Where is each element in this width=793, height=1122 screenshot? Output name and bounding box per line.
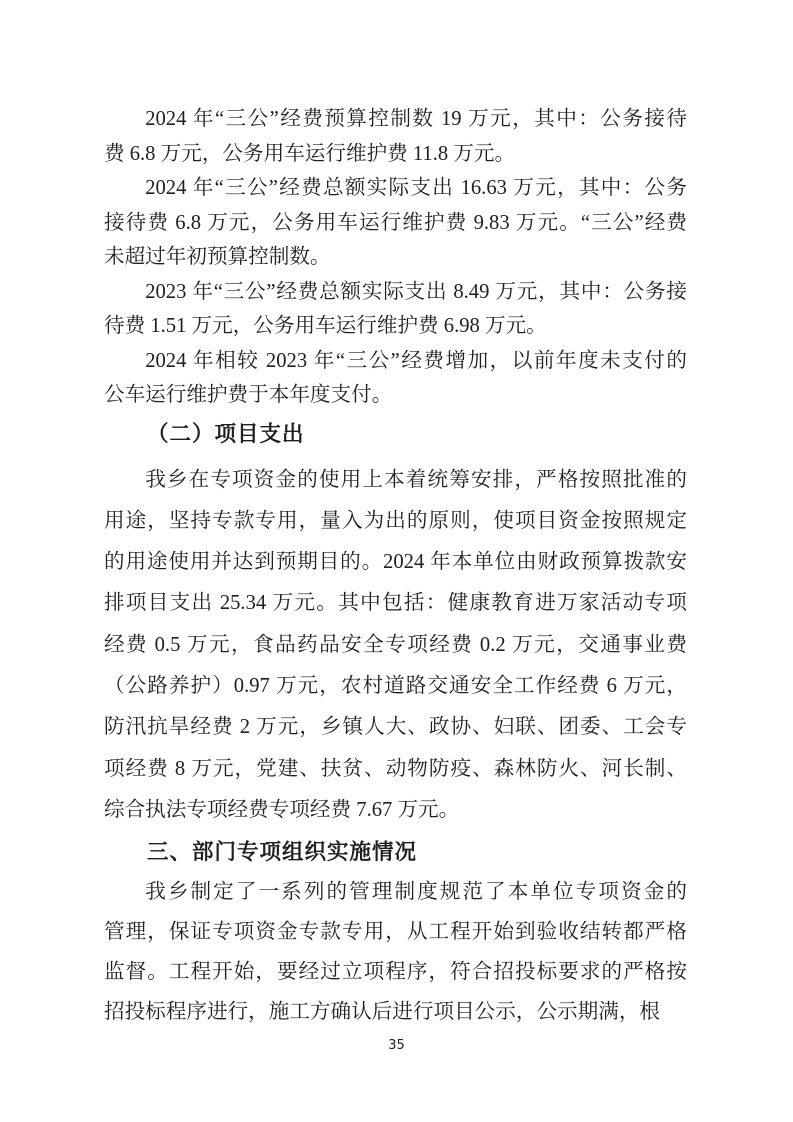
paragraph-2024-budget-control: 2024 年“三公”经费预算控制数 19 万元，其中：公务接待 费 6.8 万元… <box>104 102 687 171</box>
text-line: 我乡在专项资金的使用上本着统筹安排，严格按照批准的 <box>104 460 687 501</box>
text-line: 的用途使用并达到预期目的。2024 年本单位由财政预算拨款安 <box>104 542 687 583</box>
text-line: 2024 年“三公”经费预算控制数 19 万元，其中：公务接待 <box>104 102 687 137</box>
text-line: （公路养护）0.97 万元，农村道路交通安全工作经费 6 万元， <box>104 666 687 707</box>
text-line: 接待费 6.8 万元，公务用车运行维护费 9.83 万元。“三公”经费 <box>104 206 687 241</box>
text-line: 用途，坚持专款专用，量入为出的原则，使项目资金按照规定 <box>104 501 687 542</box>
heading-project-expenditure: （二）项目支出 <box>104 414 687 454</box>
paragraph-management-system: 我乡制定了一系列的管理制度规范了本单位专项资金的 管理，保证专项资金专款专用，从… <box>104 872 687 1032</box>
text-line: 我乡制定了一系列的管理制度规范了本单位专项资金的 <box>104 872 687 912</box>
text-line: 费 6.8 万元，公务用车运行维护费 11.8 万元。 <box>104 137 687 172</box>
page-number: 35 <box>0 1038 793 1053</box>
document-body: 2024 年“三公”经费预算控制数 19 万元，其中：公务接待 费 6.8 万元… <box>104 0 687 1032</box>
heading-text: 三、部门专项组织实施情况 <box>104 832 687 872</box>
text-line: 2024 年相较 2023 年“三公”经费增加，以前年度未支付的 <box>104 344 687 379</box>
document-page: 2024 年“三公”经费预算控制数 19 万元，其中：公务接待 费 6.8 万元… <box>0 0 793 1122</box>
text-line: 未超过年初预算控制数。 <box>104 240 687 275</box>
text-line: 待费 1.51 万元，公务用车运行维护费 6.98 万元。 <box>104 309 687 344</box>
heading-text: （二）项目支出 <box>104 414 687 454</box>
text-line: 公车运行维护费于本年度支付。 <box>104 378 687 413</box>
paragraph-2024-actual-expense: 2024 年“三公”经费总额实际支出 16.63 万元，其中：公务 接待费 6.… <box>104 171 687 275</box>
text-line: 2024 年“三公”经费总额实际支出 16.63 万元，其中：公务 <box>104 171 687 206</box>
text-line: 防汛抗旱经费 2 万元，乡镇人大、政协、妇联、团委、工会专 <box>104 707 687 748</box>
paragraph-year-comparison: 2024 年相较 2023 年“三公”经费增加，以前年度未支付的 公车运行维护费… <box>104 344 687 413</box>
text-line: 管理，保证专项资金专款专用，从工程开始到验收结转都严格 <box>104 912 687 952</box>
text-line: 综合执法专项经费专项经费 7.67 万元。 <box>104 790 687 831</box>
text-line: 项经费 8 万元，党建、扶贫、动物防疫、森林防火、河长制、 <box>104 749 687 790</box>
text-line: 监督。工程开始，要经过立项程序，符合招投标要求的严格按 <box>104 952 687 992</box>
heading-special-implementation: 三、部门专项组织实施情况 <box>104 832 687 872</box>
text-line: 2023 年“三公”经费总额实际支出 8.49 万元，其中：公务接 <box>104 275 687 310</box>
text-line: 排项目支出 25.34 万元。其中包括：健康教育进万家活动专项 <box>104 583 687 624</box>
text-line: 招投标程序进行，施工方确认后进行项目公示，公示期满，根 <box>104 992 687 1032</box>
text-line: 经费 0.5 万元，食品药品安全专项经费 0.2 万元，交通事业费 <box>104 625 687 666</box>
paragraph-2023-actual-expense: 2023 年“三公”经费总额实际支出 8.49 万元，其中：公务接 待费 1.5… <box>104 275 687 344</box>
paragraph-project-funds-detail: 我乡在专项资金的使用上本着统筹安排，严格按照批准的 用途，坚持专款专用，量入为出… <box>104 460 687 832</box>
